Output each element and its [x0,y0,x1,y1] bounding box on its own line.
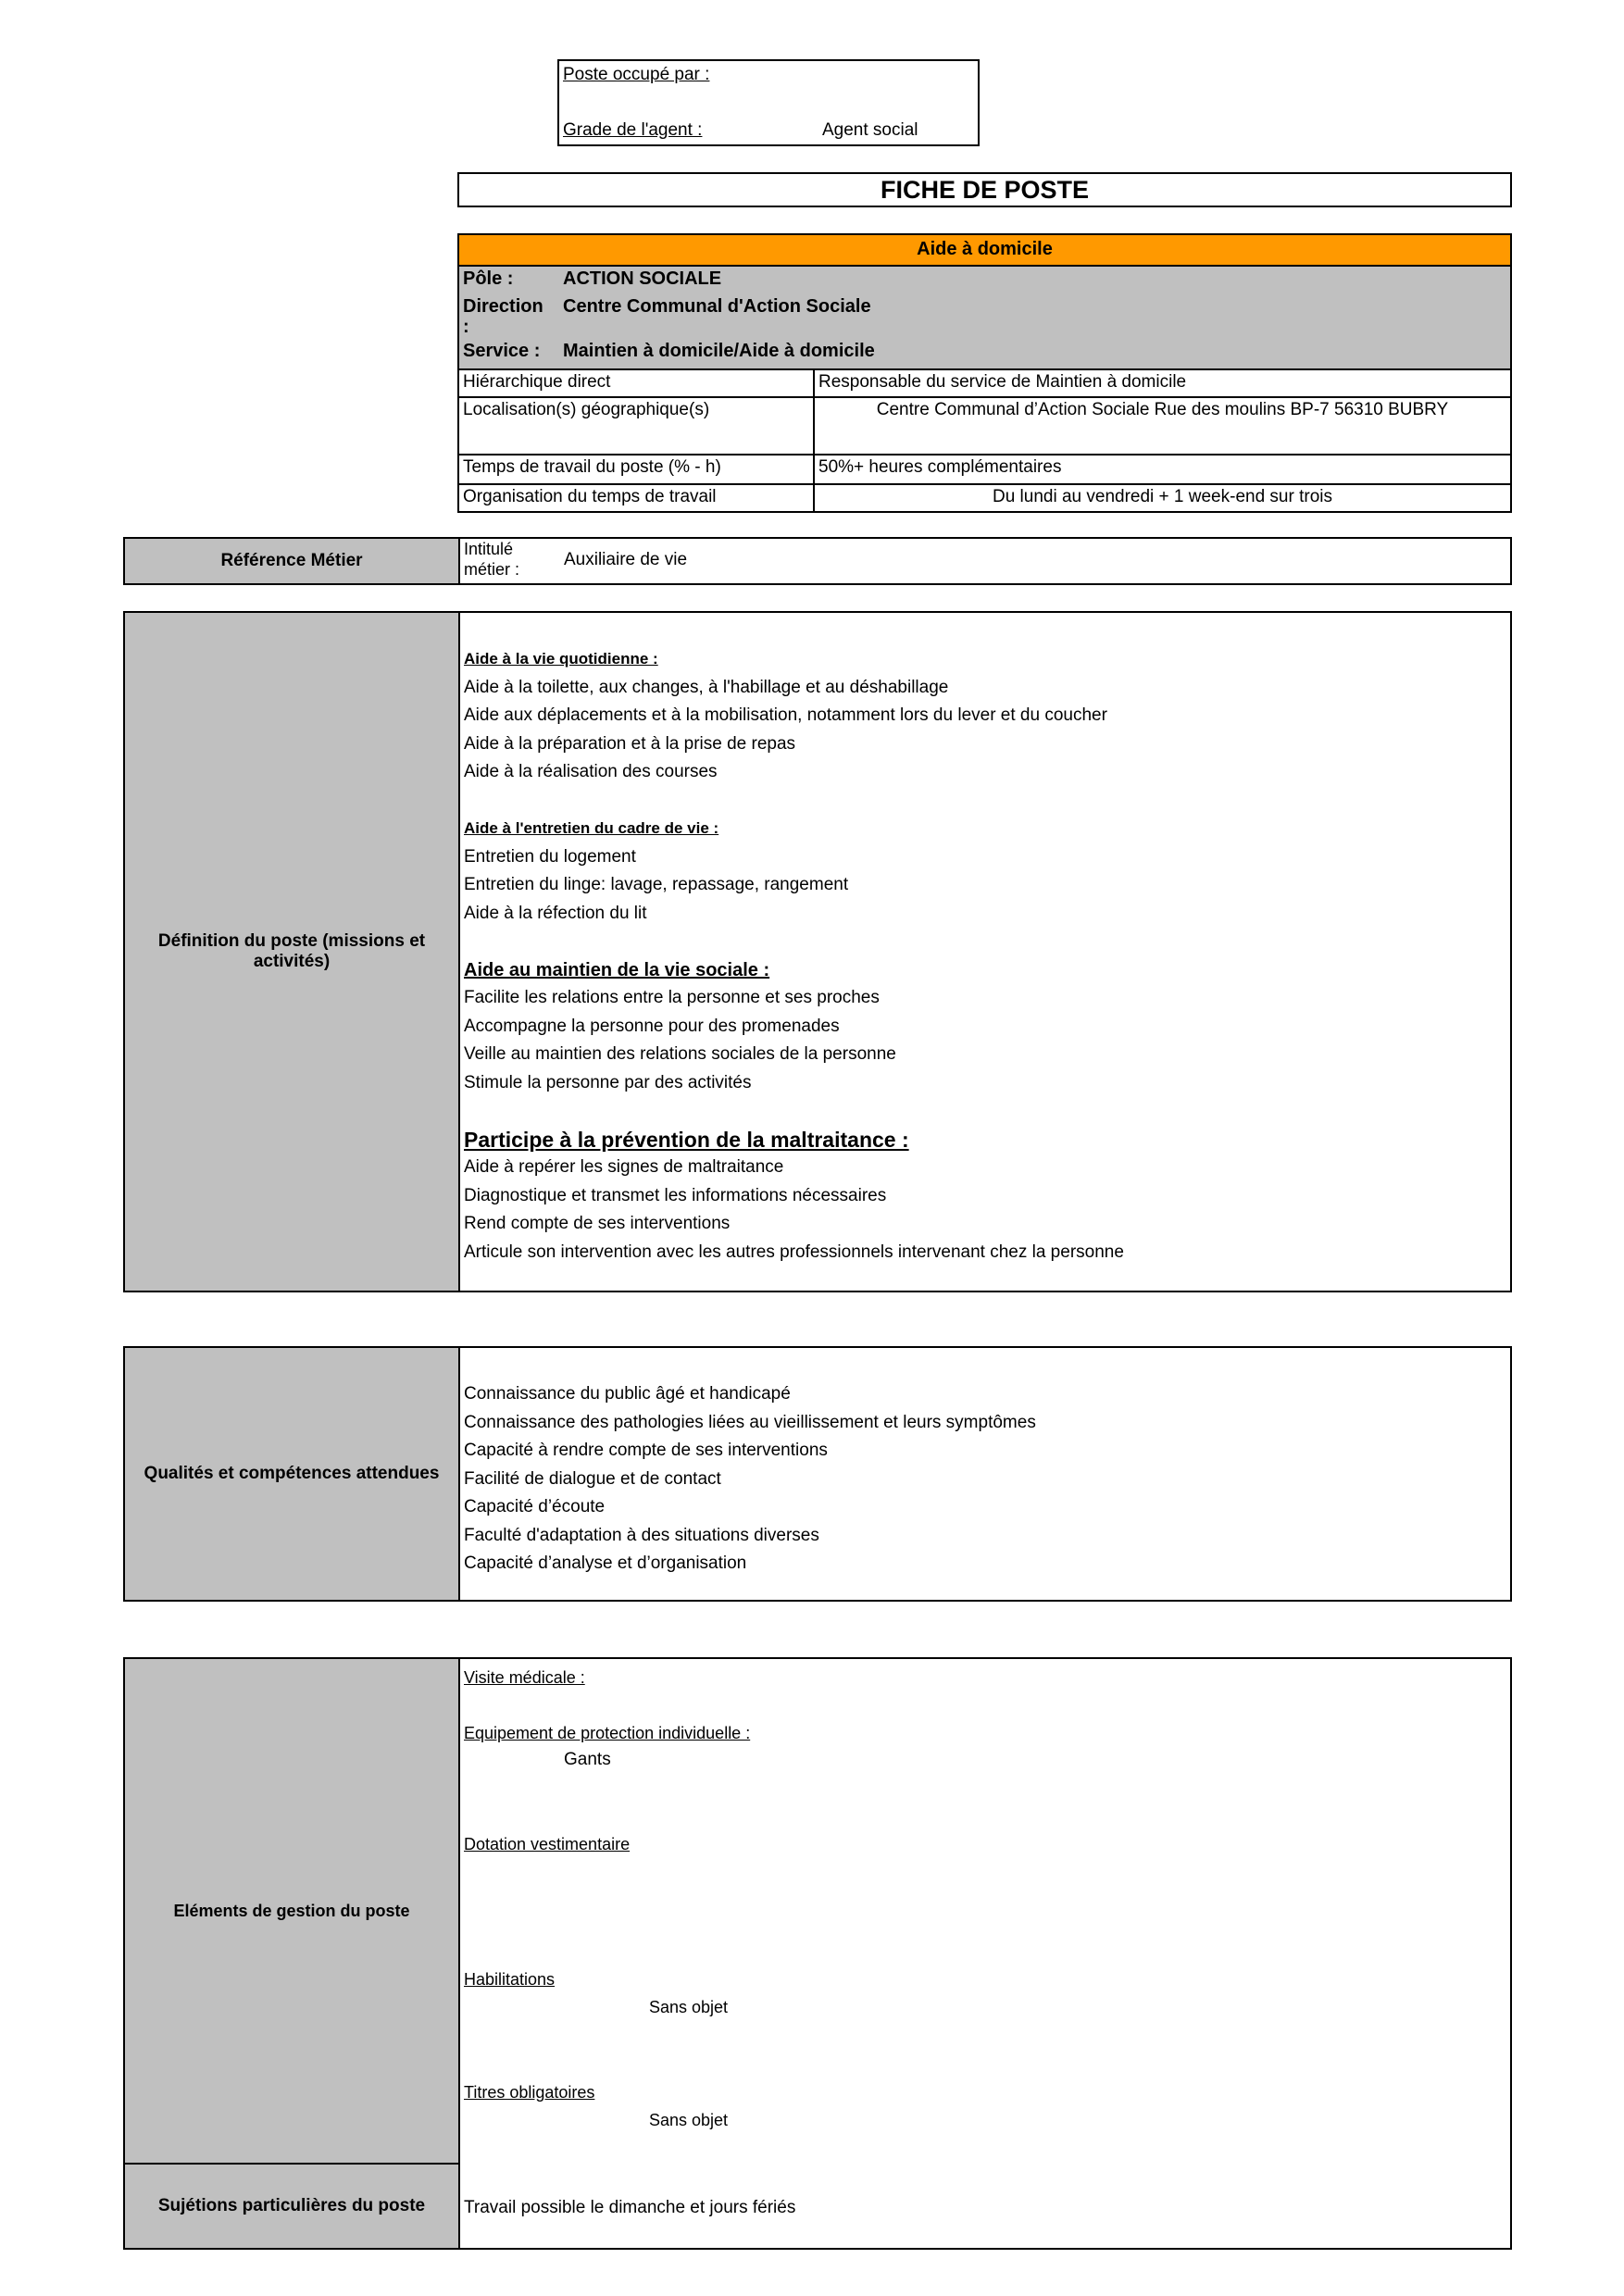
definition-heading: Aide à la vie quotidienne : [464,645,1510,674]
qualities-section: Qualités et compétences attendues Connai… [123,1346,1512,1602]
quality-item: Capacité d’écoute [464,1493,1510,1522]
direction-colon: : [463,317,565,338]
info-label: Localisation(s) géographique(s) [459,398,815,454]
definition-item: Rend compte de ses interventions [464,1210,1510,1239]
info-row-organisation: Organisation du temps de travail Du lund… [459,485,1510,511]
reference-section: Référence Métier Intitulé métier : Auxil… [123,537,1512,585]
definition-content: Aide à la vie quotidienne :Aide à la toi… [460,613,1510,1291]
definition-item: Entretien du logement [464,843,1510,872]
info-label: Temps de travail du poste (% - h) [459,455,815,483]
definition-item: Aide aux déplacements et à la mobilisati… [464,702,1510,730]
definition-item: Stimule la personne par des activités [464,1069,1510,1098]
spacer [464,928,1510,956]
quality-item: Connaissance du public âgé et handicapé [464,1380,1510,1409]
visite-label: Visite médicale : [464,1668,585,1688]
info-value: 50%+ heures complémentaires [815,455,1510,483]
spacer [464,787,1510,816]
quality-item: Faculté d'adaptation à des situations di… [464,1522,1510,1551]
info-value: Du lundi au vendredi + 1 week-end sur tr… [815,485,1510,511]
reference-content: Intitulé métier : Auxiliaire de vie [460,539,1510,583]
constraints-value: Travail possible le dimanche et jours fé… [464,2198,795,2218]
quality-item: Facilité de dialogue et de contact [464,1466,1510,1494]
habilitations-value: Sans objet [649,1998,728,2017]
page-title: FICHE DE POSTE [457,172,1512,207]
definition-heading: Aide au maintien de la vie sociale : [464,956,1510,985]
job-banner: Aide à domicile [459,235,1510,267]
org-block: Pôle : ACTION SOCIALE Direction Centre C… [459,267,1510,370]
quality-item: Capacité d’analyse et d’organisation [464,1550,1510,1578]
epi-label: Equipement de protection individuelle : [464,1724,750,1743]
info-row-worktime: Temps de travail du poste (% - h) 50%+ h… [459,455,1510,485]
definition-item: Aide à la réalisation des courses [464,758,1510,787]
info-row-hierarchy: Hiérarchique direct Responsable du servi… [459,370,1510,398]
quality-item: Capacité à rendre compte de ses interven… [464,1437,1510,1466]
quality-item: Connaissance des pathologies liées au vi… [464,1409,1510,1438]
grade-value: Agent social [822,120,918,141]
constraints-label: Sujétions particulières du poste [125,2165,458,2248]
definition-item: Facilite les relations entre la personne… [464,984,1510,1013]
definition-item: Articule son intervention avec les autre… [464,1239,1510,1267]
definition-item: Entretien du linge: lavage, repassage, r… [464,871,1510,900]
occupied-label: Poste occupé par : [563,65,709,85]
service-value: Maintien à domicile/Aide à domicile [563,341,875,362]
intitule-value: Auxiliaire de vie [564,550,687,570]
definition-item: Aide à la toilette, aux changes, à l'hab… [464,674,1510,703]
definition-item: Aide à la préparation et à la prise de r… [464,730,1510,759]
info-label: Organisation du temps de travail [459,485,815,511]
info-label: Hiérarchique direct [459,370,815,396]
intitule-label-line2: métier : [464,559,519,580]
info-value: Centre Communal d’Action Sociale Rue des… [815,398,1510,454]
grade-label: Grade de l'agent : [563,120,702,141]
qualities-content: Connaissance du public âgé et handicapéC… [460,1348,1510,1600]
spacer [464,1097,1510,1126]
pole-label: Pôle : [463,268,565,290]
header-table: Aide à domicile Pôle : ACTION SOCIALE Di… [457,233,1512,513]
agent-box: Poste occupé par : Grade de l'agent : Ag… [557,59,980,146]
definition-heading: Participe à la prévention de la maltrait… [464,1126,1510,1154]
management-section: Eléments de gestion du poste Sujétions p… [123,1657,1512,2250]
definition-item: Aide à repérer les signes de maltraitanc… [464,1154,1510,1182]
titres-value: Sans objet [649,2111,728,2130]
epi-value: Gants [564,1750,611,1770]
constraints-divider [460,2165,1510,2166]
definition-heading: Aide à l'entretien du cadre de vie : [464,815,1510,843]
titres-label: Titres obligatoires [464,2083,594,2103]
direction-label: Direction [463,296,565,318]
service-label: Service : [463,341,565,362]
intitule-label: Intitulé métier : [464,539,519,580]
qualities-label: Qualités et compétences attendues [125,1348,460,1600]
reference-label: Référence Métier [125,539,460,583]
pole-value: ACTION SOCIALE [563,268,721,290]
definition-section: Définition du poste (missions et activit… [123,611,1512,1292]
info-value: Responsable du service de Maintien à dom… [815,370,1510,396]
management-label: Eléments de gestion du poste [125,1659,458,2165]
management-labels: Eléments de gestion du poste Sujétions p… [125,1659,460,2248]
definition-item: Diagnostique et transmet les information… [464,1182,1510,1211]
intitule-label-line1: Intitulé [464,539,519,559]
direction-value: Centre Communal d'Action Sociale [563,296,871,318]
habilitations-label: Habilitations [464,1970,555,1990]
definition-label: Définition du poste (missions et activit… [125,613,460,1291]
dotation-label: Dotation vestimentaire [464,1835,630,1854]
definition-item: Accompagne la personne pour des promenad… [464,1013,1510,1042]
definition-item: Aide à la réfection du lit [464,900,1510,929]
info-row-location: Localisation(s) géographique(s) Centre C… [459,398,1510,455]
definition-item: Veille au maintien des relations sociale… [464,1041,1510,1069]
management-content: Visite médicale : Equipement de protecti… [460,1659,1510,2248]
